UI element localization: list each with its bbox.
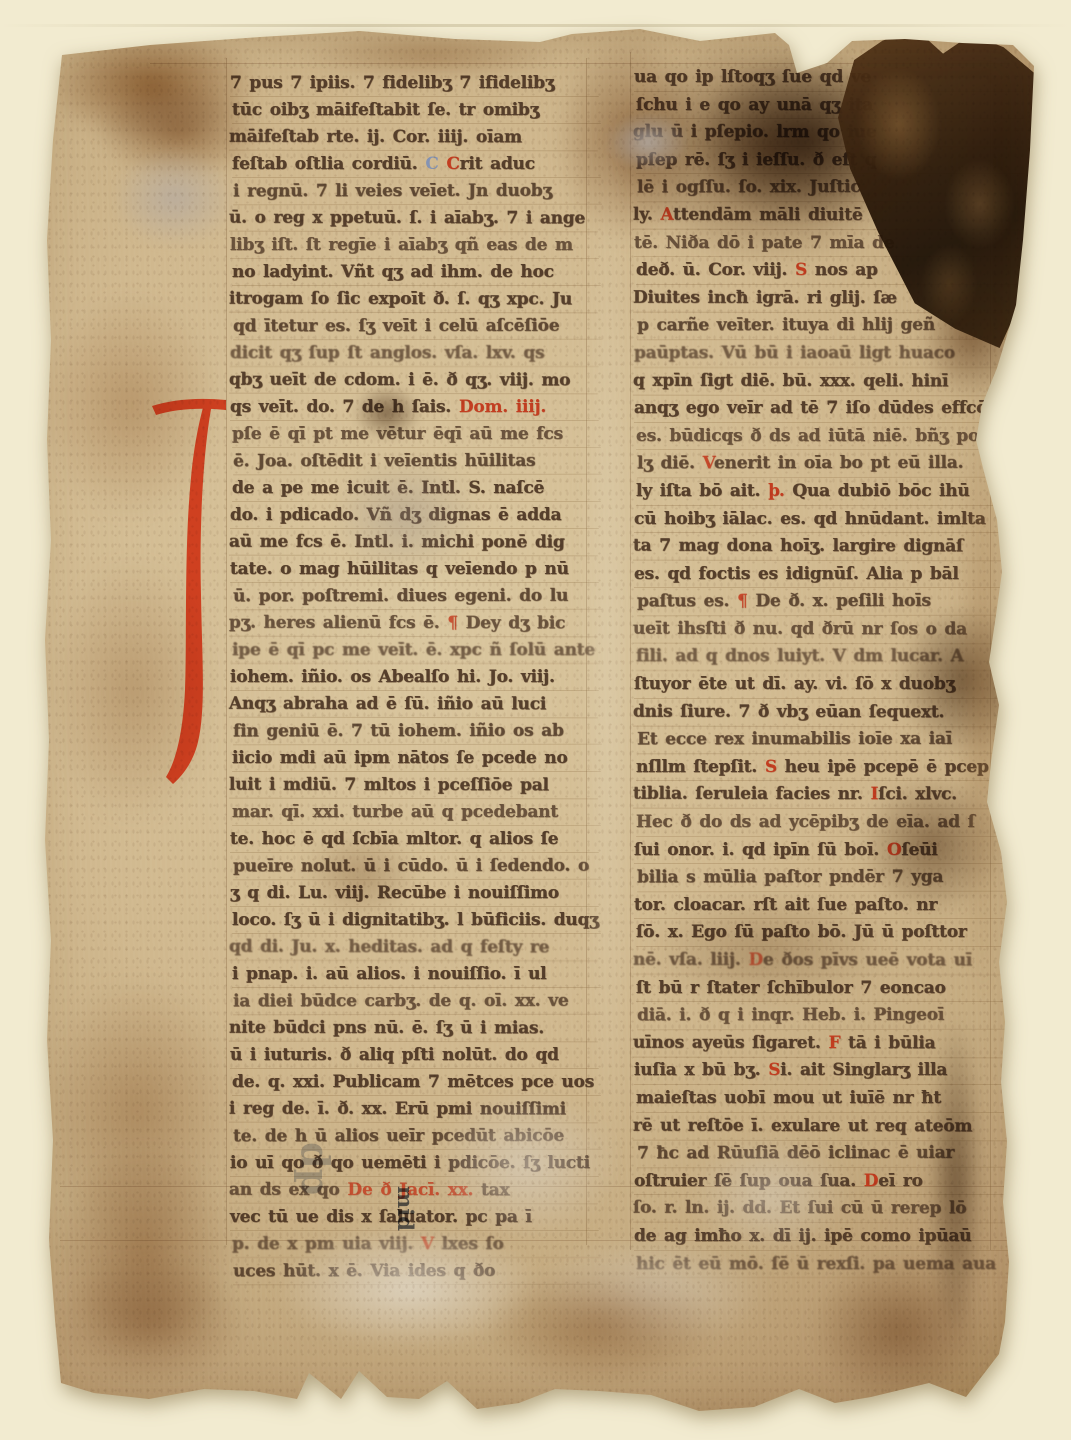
stain bbox=[46, 555, 221, 825]
text-line: 7 ħc ad Rūuſiā dēō iclinac ē uiar bbox=[637, 1140, 1026, 1168]
rubric-text: D bbox=[748, 950, 763, 969]
text-line: qbʒ ueīt de cdom. i ē. ð qʒ. viij. mo bbox=[229, 367, 598, 395]
stain bbox=[36, 975, 241, 1245]
photo-backdrop: { "manuscript": { "ink_color": "#4b3423"… bbox=[0, 0, 1071, 1440]
text-line: ſtuyor ēte ut dī. ay. vi. ſō x duobʒ bbox=[634, 671, 1023, 699]
text-line: ē. Joa. oſtēdit i veīentis hūilitas bbox=[233, 448, 602, 476]
text-line: qd ītetur es. ſʒ veīt i celū aſcēſiōe bbox=[233, 313, 602, 341]
text-line: te. de h ū alios ueīr pcedūt abicōe bbox=[233, 1123, 602, 1151]
text-line: i pnap. i. aū alios. i nouiſſio. ī ul bbox=[232, 961, 601, 988]
text-line: de ag imħo x. dī ij. ipē como ipūaū bbox=[634, 1223, 1023, 1251]
stain bbox=[55, 1145, 235, 1355]
text-line: Anqʒ abraha ad ē ſū. iñio aū luci bbox=[229, 691, 598, 719]
text-line: ū. por. poſtremi. diues egeni. do lu bbox=[233, 583, 602, 611]
text-line: te. hoc ē qd ſcbīa mltor. q alios ſe bbox=[230, 826, 599, 853]
text-line: ueīt ihsſti ð nu. qd ðrū nr ſos o da bbox=[633, 615, 1022, 643]
text-line: es. būdicqs ð ds ad iūtā niē. bñʒ po bbox=[636, 423, 1025, 451]
ruling-line bbox=[226, 58, 227, 1245]
text-line: paſtus es. ¶ De ð. x. peſili hoīs bbox=[637, 588, 1026, 616]
text-line: Diuites incħ igrā. ri glij. ſæ bbox=[633, 284, 1022, 312]
text-line: do. i pdicado. Vñ dʒ dignas ē adda bbox=[230, 502, 599, 529]
text-line: maieſtas uobī mou ut iuīē nr ħt bbox=[636, 1085, 1025, 1113]
text-line: Et ecce rex inumabilis ioīe xa iaī bbox=[637, 726, 1026, 754]
text-line: uces hūt. x ē. Via ides q ðo bbox=[233, 1258, 602, 1286]
text-line: iicio mdi aū ipm nātos ſe pcede no bbox=[232, 745, 601, 772]
text-line: lē i ogſſu. ſo. xix. Juſtic bbox=[637, 174, 1026, 202]
red-initial-I bbox=[146, 390, 236, 790]
text-line: uīnos ayeūs ſigaret. F tā i būlia bbox=[633, 1029, 1022, 1057]
text-line: ipe ē qī pc me veīt. ē. xpc ñ ſolū ante bbox=[232, 637, 601, 664]
text-line: fin geniū ē. 7 tū iohem. iñio os ab bbox=[233, 718, 602, 746]
stain bbox=[38, 290, 223, 520]
text-line: ia diei būdce carbʒ. de q. oī. xx. ve bbox=[233, 988, 602, 1016]
text-line: q xpīn ſigt diē. bū. xxx. qeli. hinī bbox=[633, 367, 1022, 395]
rubric-text: A bbox=[660, 205, 673, 224]
text-line: ſt bū r ſtater ſchībulor 7 eoncao bbox=[636, 975, 1025, 1003]
text-line: deð. ū. Cor. viij. S nos ap bbox=[636, 257, 1025, 285]
stain bbox=[45, 28, 260, 143]
text-line: tate. o mag hūilitas q veīendo p nū bbox=[230, 556, 599, 583]
text-line: luit i mdiū. 7 mltos i pceſſiōe pal bbox=[229, 772, 598, 800]
text-line: paūptas. Vū bū i iaoaū ligt huaco bbox=[634, 340, 1023, 368]
rubric-text: I bbox=[870, 785, 878, 804]
text-line: pſep rē. ſʒ i ieſſu. ð eſt q bbox=[636, 147, 1025, 175]
text-line: pʒ. heres alienū fcs ē. ¶ Dey dʒ bic bbox=[229, 610, 598, 638]
text-line: anqʒ ego veīr ad tē 7 iſo dūdes effcō bbox=[634, 395, 1023, 423]
text-line: iuſia x bū bʒ. Si. ait Singlarʒ illa bbox=[634, 1057, 1023, 1085]
rubric-text: C bbox=[446, 154, 459, 173]
text-line: lʒ diē. Venerit in oīa bo pt eū illa. bbox=[637, 450, 1026, 478]
text-line: tē. Niða dō i pate 7 mīa de bbox=[634, 230, 1023, 258]
text-column-2: ua qo ip lſtoqʒ ſue qd veſchu i e qo ay … bbox=[634, 64, 1023, 1278]
text-line: ʒ q di. Lu. viij. Recūbe i nouiſſimo bbox=[230, 880, 599, 907]
text-line: oſtruier ſē ſup oua ſua. Deī ro bbox=[634, 1168, 1023, 1196]
text-line: nite būdci pns nū. ē. ſʒ ū i mias. bbox=[229, 1015, 598, 1043]
text-line: glu ū i pſepio. lrm qo iue bbox=[633, 119, 1022, 147]
text-line: qd di. Ju. x. heditas. ad q feſty re bbox=[229, 934, 598, 962]
rubric-text: þ. bbox=[768, 481, 785, 500]
text-line: tiblia. ſeruleia facies nr. Iſci. xlvc. bbox=[633, 781, 1022, 809]
text-line: dnis ſiure. 7 ð vbʒ eūan ſequext. bbox=[633, 698, 1022, 726]
stain bbox=[55, 1255, 245, 1385]
text-line: cū hoibʒ iālac. es. qd hnūdant. imlta bbox=[634, 506, 1023, 534]
rubric-text: Dom. iiij. bbox=[459, 397, 546, 416]
text-line: de a pe me icuit ē. Intl. S. naſcē bbox=[232, 475, 601, 502]
text-line: pſe ē qī pt me vētur ēqī aū me fcs bbox=[232, 421, 601, 448]
text-line: dicit qʒ ſup ſt anglos. vſa. lxv. qs bbox=[230, 340, 599, 367]
rubric-text: ¶ bbox=[447, 613, 458, 632]
text-line: i regnū. 7 li veies veīet. Jn duobʒ bbox=[233, 178, 602, 206]
text-line: no ladyint. Vñt qʒ ad ihm. de hoc bbox=[232, 259, 601, 286]
text-line: diā. i. ð q i inqr. Heb. i. Pingeoī bbox=[637, 1002, 1026, 1030]
text-line: 7 pus 7 ipiis. 7 fidelibʒ 7 ifidelibʒ bbox=[230, 70, 599, 97]
text-line: ta 7 mag dona hoīʒ. largire dignāſ bbox=[633, 533, 1022, 561]
rubric-text: O bbox=[887, 840, 902, 859]
text-line: p carñe veīter. ituya di hlij geñ bbox=[637, 312, 1026, 340]
text-line: iohem. iñio. os Abealſo hi. Jo. viij. bbox=[230, 664, 599, 691]
text-line: aū me fcs ē. Intl. i. michi ponē dig bbox=[229, 529, 598, 557]
text-line: fili. ad q dnos luiyt. V dm lucar. A bbox=[636, 643, 1025, 671]
text-line: itrogam ſo ſic expoīt ð. ſ. qʒ xpc. Ju bbox=[229, 286, 598, 314]
text-line: ū. o reg x ppetuū. ſ. i aīabʒ. 7 i ange bbox=[229, 205, 598, 233]
text-line: ly. Attendām māli diuitē bbox=[633, 202, 1022, 230]
text-line: de. q. xxi. Publicam 7 mētces pce uos bbox=[232, 1069, 601, 1096]
text-line: ua qo ip lſtoqʒ ſue qd ve bbox=[634, 64, 1023, 92]
text-line: vec tū ue dis x ſaluator. pc pa ī bbox=[230, 1204, 599, 1231]
text-line: nē. vſa. liij. De ðos pīvs ueē vota uī bbox=[633, 947, 1022, 975]
rubric-text: ¶ bbox=[737, 591, 748, 610]
text-line: p. de x pm uia viij. V lxes ſo bbox=[232, 1231, 601, 1258]
text-line: loco. ſʒ ū i dignitatibʒ. l būficiis. du… bbox=[232, 907, 601, 934]
blue-paraph: C bbox=[425, 154, 438, 173]
rubric-text: D bbox=[864, 1171, 879, 1190]
text-line: Hec ð do ds ad ycēpibʒ de eīa. ad ſ bbox=[636, 809, 1025, 837]
text-line: ſō. x. Ego ſū paſto bō. Jū ū poſttor bbox=[636, 919, 1025, 947]
text-line: mar. qī. xxi. turbe aū q pcedebant bbox=[232, 799, 601, 826]
text-line: pueīre nolut. ū i cūdo. ū i ſedendo. o bbox=[233, 853, 602, 881]
text-line: libʒ iſt. ſt regīe i aīabʒ qñ eas de m bbox=[230, 232, 599, 259]
text-line: es. qd foctis es idignūſ. Alia p bāl bbox=[634, 561, 1023, 589]
text-line: tūc oibʒ māifeſtabit ſe. tr omibʒ bbox=[232, 97, 601, 124]
text-line: io uī qo ð qo uemēti i pdicōe. ſʒ lucti bbox=[230, 1150, 599, 1177]
rubric-text: F bbox=[828, 1033, 840, 1052]
text-line: i reg de. ī. ð. xx. Erū pmi nouiſſimi bbox=[229, 1096, 598, 1124]
parchment-leaf: 7 pus 7 ipiis. 7 fidelibʒ 7 ifidelibʒtūc… bbox=[0, 0, 1071, 1440]
text-line: feſtab oſtlia cordiū. C Crit aduc bbox=[232, 151, 601, 178]
rubric-text: S bbox=[795, 260, 807, 279]
text-line: ſui onor. i. qd ipīn ſū boī. Oſeūi bbox=[634, 837, 1023, 865]
text-line: bilia s mūlia paſtor pndēr 7 yga bbox=[637, 864, 1026, 892]
text-line: qs veīt. do. 7 de h ſais. Dom. iiij. bbox=[230, 394, 599, 421]
text-line: ſo. r. ln. ij. dd. Et ſui cū ū rerep lō bbox=[633, 1195, 1022, 1223]
text-line: ū i iuturis. ð aliq pſti nolūt. do qd bbox=[230, 1042, 599, 1069]
leaf-wrapper: 7 pus 7 ipiis. 7 fidelibʒ 7 ifidelibʒtūc… bbox=[0, 0, 1071, 1440]
text-line: hic ēt eū mō. ſē ū rexſi. pa uema aua bbox=[636, 1251, 1025, 1279]
text-column-1: 7 pus 7 ipiis. 7 fidelibʒ 7 ifidelibʒtūc… bbox=[230, 70, 599, 1285]
text-line: ly iſta bō ait. þ. Qua dubiō bōc ihū bbox=[636, 478, 1025, 506]
text-line: rē ut reſtōe ī. exulare ut req ateōm bbox=[633, 1112, 1022, 1140]
rubric-text: S bbox=[768, 1060, 780, 1079]
text-line: an ds ex qo De ð Jacī. xx. tax bbox=[229, 1177, 598, 1205]
rubric-text: De ð Jacī. xx. bbox=[347, 1180, 473, 1199]
stain bbox=[112, 148, 237, 248]
text-line: tor. cloacar. rſt ait ſue paſto. nr bbox=[634, 892, 1023, 920]
text-line: ſchu i e qo ay unā qʒ ita bbox=[636, 92, 1025, 120]
text-line: nſllm ſtepſit. S heu ipē pcepē ē pcep bbox=[636, 754, 1025, 782]
text-line: māifeſtab rte. ij. Cor. iiij. oīam bbox=[229, 124, 598, 152]
ruling-line bbox=[630, 52, 631, 1250]
rubric-text: V bbox=[421, 1234, 434, 1253]
rubric-text: S bbox=[765, 757, 777, 776]
rubric-text: V bbox=[703, 454, 714, 473]
